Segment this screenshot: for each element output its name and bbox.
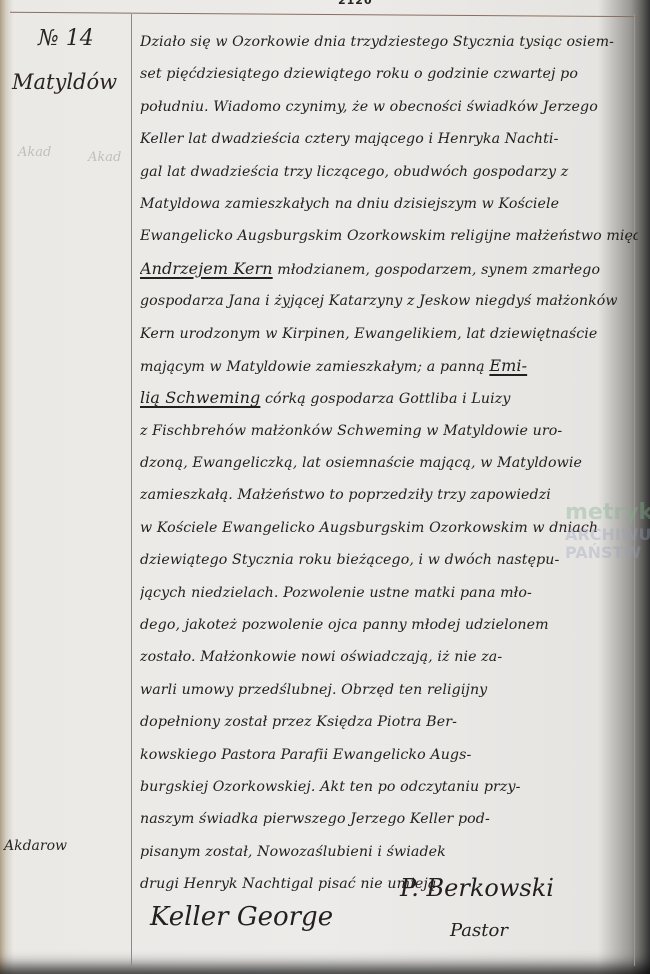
watermark-line: ARCHIWUM PAŃSTW (565, 526, 640, 562)
witness-signature: Keller George (150, 902, 333, 932)
text-line: gospodarza Jana i żyjącej Katarzyny z Je… (140, 285, 638, 317)
text-line: Matyldowa zamieszkałych na dniu dzisiejs… (140, 188, 638, 220)
pastor-title: Pastor (450, 920, 508, 941)
page-stamp: 2120 (338, 0, 373, 7)
bride-name: lią Schweming (140, 388, 260, 407)
bride-name-start: Emi- (489, 356, 527, 375)
signature-area: Keller George P. Berkowski Pastor (0, 880, 650, 970)
text-line: Działo się w Ozorkowie dnia trzydziesteg… (140, 26, 638, 58)
text-line: Ewangelicko Augsburgskim Ozorkowskim rel… (140, 220, 638, 252)
margin-rule (131, 14, 132, 966)
text-line: dziewiątego Stycznia roku bieżącego, i w… (140, 544, 638, 576)
text-line: gal lat dwadzieścia trzy liczącego, obud… (140, 156, 638, 188)
text-line: dopełniony został przez Księdza Piotra B… (140, 706, 638, 738)
village-name: Matyldów (12, 70, 117, 94)
groom-line: Andrzejem Kern młodzianem, gospodarzem, … (140, 253, 638, 285)
archive-watermark: metryki ARCHIWUM PAŃSTW (565, 500, 640, 562)
text-line: warli umowy przedślubnej. Obrzęd ten rel… (140, 674, 638, 706)
bleedthrough-note: Akad (88, 150, 121, 165)
text-line: set pięćdziesiątego dziewiątego roku o g… (140, 58, 638, 90)
groom-name: Andrzejem Kern (140, 259, 273, 278)
entry-number: № 14 (38, 26, 94, 51)
bride-line: lią Schweming córką gospodarza Gottliba … (140, 382, 638, 414)
text-line: zamieszkałą. Małżeństwo to poprzedziły t… (140, 479, 638, 511)
text-line: dzoną, Ewangeliczką, lat osiemnaście maj… (140, 447, 638, 479)
text-line: Kern urodzonym w Kirpinen, Ewangelikiem,… (140, 318, 638, 350)
bleedthrough-note: Akad (18, 145, 51, 160)
pastor-signature: P. Berkowski (400, 874, 554, 902)
text-line: mającym w Matyldowie zamieszkałym; a pan… (140, 350, 638, 382)
text-line: naszym świadka pierwszego Jerzego Keller… (140, 803, 638, 835)
text-line: zostało. Małżonkowie nowi oświadczają, i… (140, 641, 638, 673)
record-body: Działo się w Ozorkowie dnia trzydziesteg… (140, 26, 638, 901)
groom-description: młodzianem, gospodarzem, synem zmarłego (273, 262, 600, 278)
margin-note: Akdarow (4, 838, 67, 854)
text-line: w Kościele Ewangelicko Augsburgskim Ozor… (140, 512, 638, 544)
left-margin: № 14 Matyldów Akad Akad Akdarow (0, 0, 130, 974)
text-line: jących niedzielach. Pozwolenie ustne mat… (140, 577, 638, 609)
scanned-page: 2120 № 14 Matyldów Akad Akad Akdarow Dzi… (0, 0, 650, 974)
watermark-line: metryki (565, 500, 640, 526)
text-line: burgskiej Ozorkowskiej. Akt ten po odczy… (140, 771, 638, 803)
text-fragment: mającym w Matyldowie zamieszkałym; a pan… (140, 359, 485, 375)
text-line: dego, jakoteż pozwolenie ojca panny młod… (140, 609, 638, 641)
text-line: południu. Wiadomo czynimy, że w obecnośc… (140, 91, 638, 123)
bride-description: córką gospodarza Gottliba i Luizy (260, 391, 510, 407)
text-line: Keller lat dwadzieścia cztery mającego i… (140, 123, 638, 155)
text-line: kowskiego Pastora Parafii Ewangelicko Au… (140, 739, 638, 771)
text-line: pisanym został, Nowozaślubieni i świadek (140, 836, 638, 868)
text-line: z Fischbrehów małżonków Schweming w Maty… (140, 415, 638, 447)
